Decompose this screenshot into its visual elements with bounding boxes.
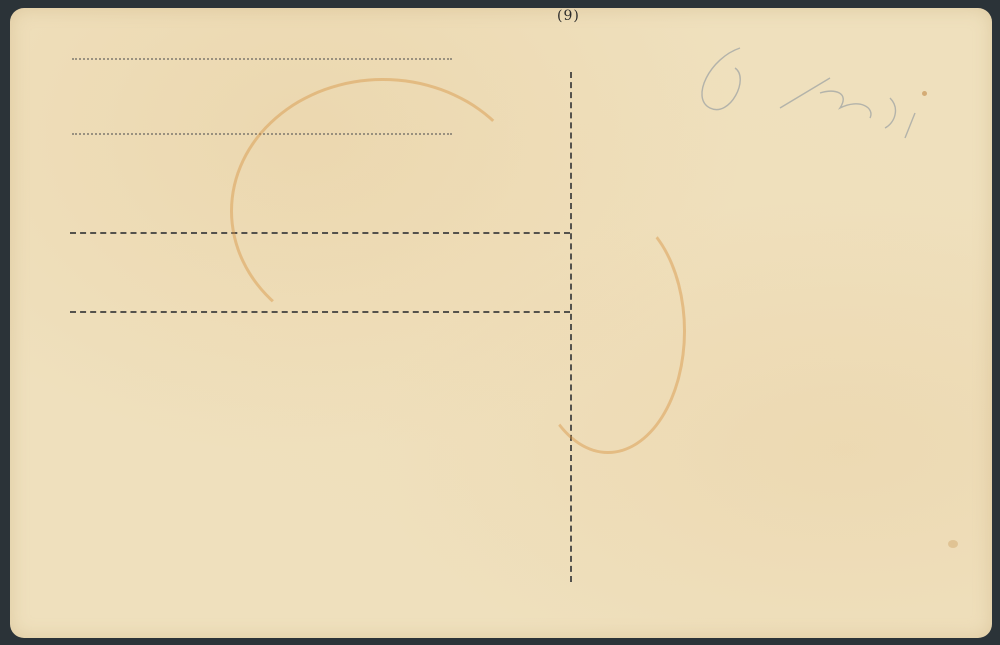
postcard-back: (9) bbox=[10, 8, 992, 638]
address-line-1 bbox=[72, 58, 452, 60]
stain-ring-center bbox=[530, 208, 686, 454]
page-number: (9) bbox=[557, 8, 580, 24]
foxing-spot bbox=[948, 540, 958, 548]
pencil-scribble-icon bbox=[690, 38, 950, 148]
foxing-spot bbox=[922, 91, 927, 96]
stain-ring-left bbox=[230, 78, 536, 344]
